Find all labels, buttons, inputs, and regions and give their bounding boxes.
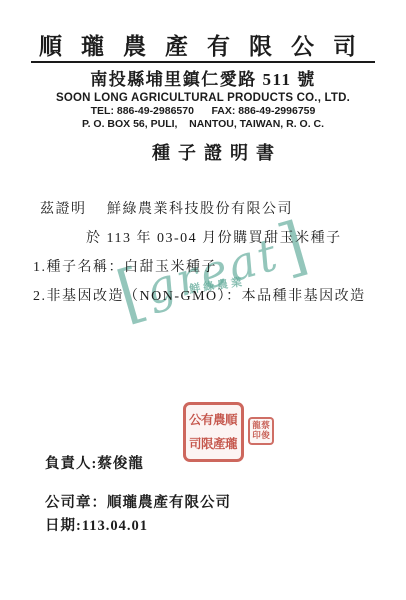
seed-name-item: 1.種子名稱：白甜玉米種子 bbox=[33, 256, 217, 276]
letterhead: 順瓏農產有限公司 南投縣埔里鎮仁愛路 511 號 SOON LONG AGRIC… bbox=[0, 34, 406, 130]
non-gmo-item: 2.非基因改造（NON-GMO）：本品種非基因改造 bbox=[33, 285, 366, 305]
certificate-page: 順瓏農產有限公司 南投縣埔里鎮仁愛路 511 號 SOON LONG AGRIC… bbox=[0, 0, 406, 600]
certify-line: 茲證明 鮮綠農業科技股份有限公司 bbox=[40, 198, 293, 218]
company-address: 南投縣埔里鎮仁愛路 511 號 bbox=[0, 65, 406, 90]
company-seal-column: 順瓏 bbox=[225, 408, 237, 456]
purchase-line: 於 113 年 03-04 月份購買甜玉米種子 bbox=[86, 227, 342, 247]
company-seal-line: 公司章：順瓏農產有限公司 bbox=[45, 491, 231, 512]
company-seal-column: 公司 bbox=[189, 408, 201, 456]
tel-fax-line: TEL: 886-49-2986570 FAX: 886-49-2996759 bbox=[0, 105, 406, 117]
personal-seal-column: 蔡俊 bbox=[261, 420, 270, 442]
date-line: 日期:113.04.01 bbox=[45, 514, 148, 535]
personal-seal-stamp-icon: 蔡俊 龍印 bbox=[248, 417, 274, 445]
company-seal-column: 農產 bbox=[213, 408, 225, 456]
company-seal-column: 有限 bbox=[201, 408, 213, 456]
responsible-person-line: 負責人:蔡俊龍 bbox=[45, 452, 144, 473]
company-name-zh: 順瓏農產有限公司 bbox=[31, 34, 375, 63]
company-seal-stamp-icon: 順瓏 農產 有限 公司 bbox=[183, 402, 244, 462]
company-name-en: SOON LONG AGRICULTURAL PRODUCTS CO., LTD… bbox=[0, 92, 406, 104]
personal-seal-column: 龍印 bbox=[252, 420, 261, 442]
po-box-line: P. O. BOX 56, PULI, NANTOU, TAIWAN, R. O… bbox=[0, 118, 406, 130]
document-title: 種子證明書 bbox=[0, 139, 406, 165]
